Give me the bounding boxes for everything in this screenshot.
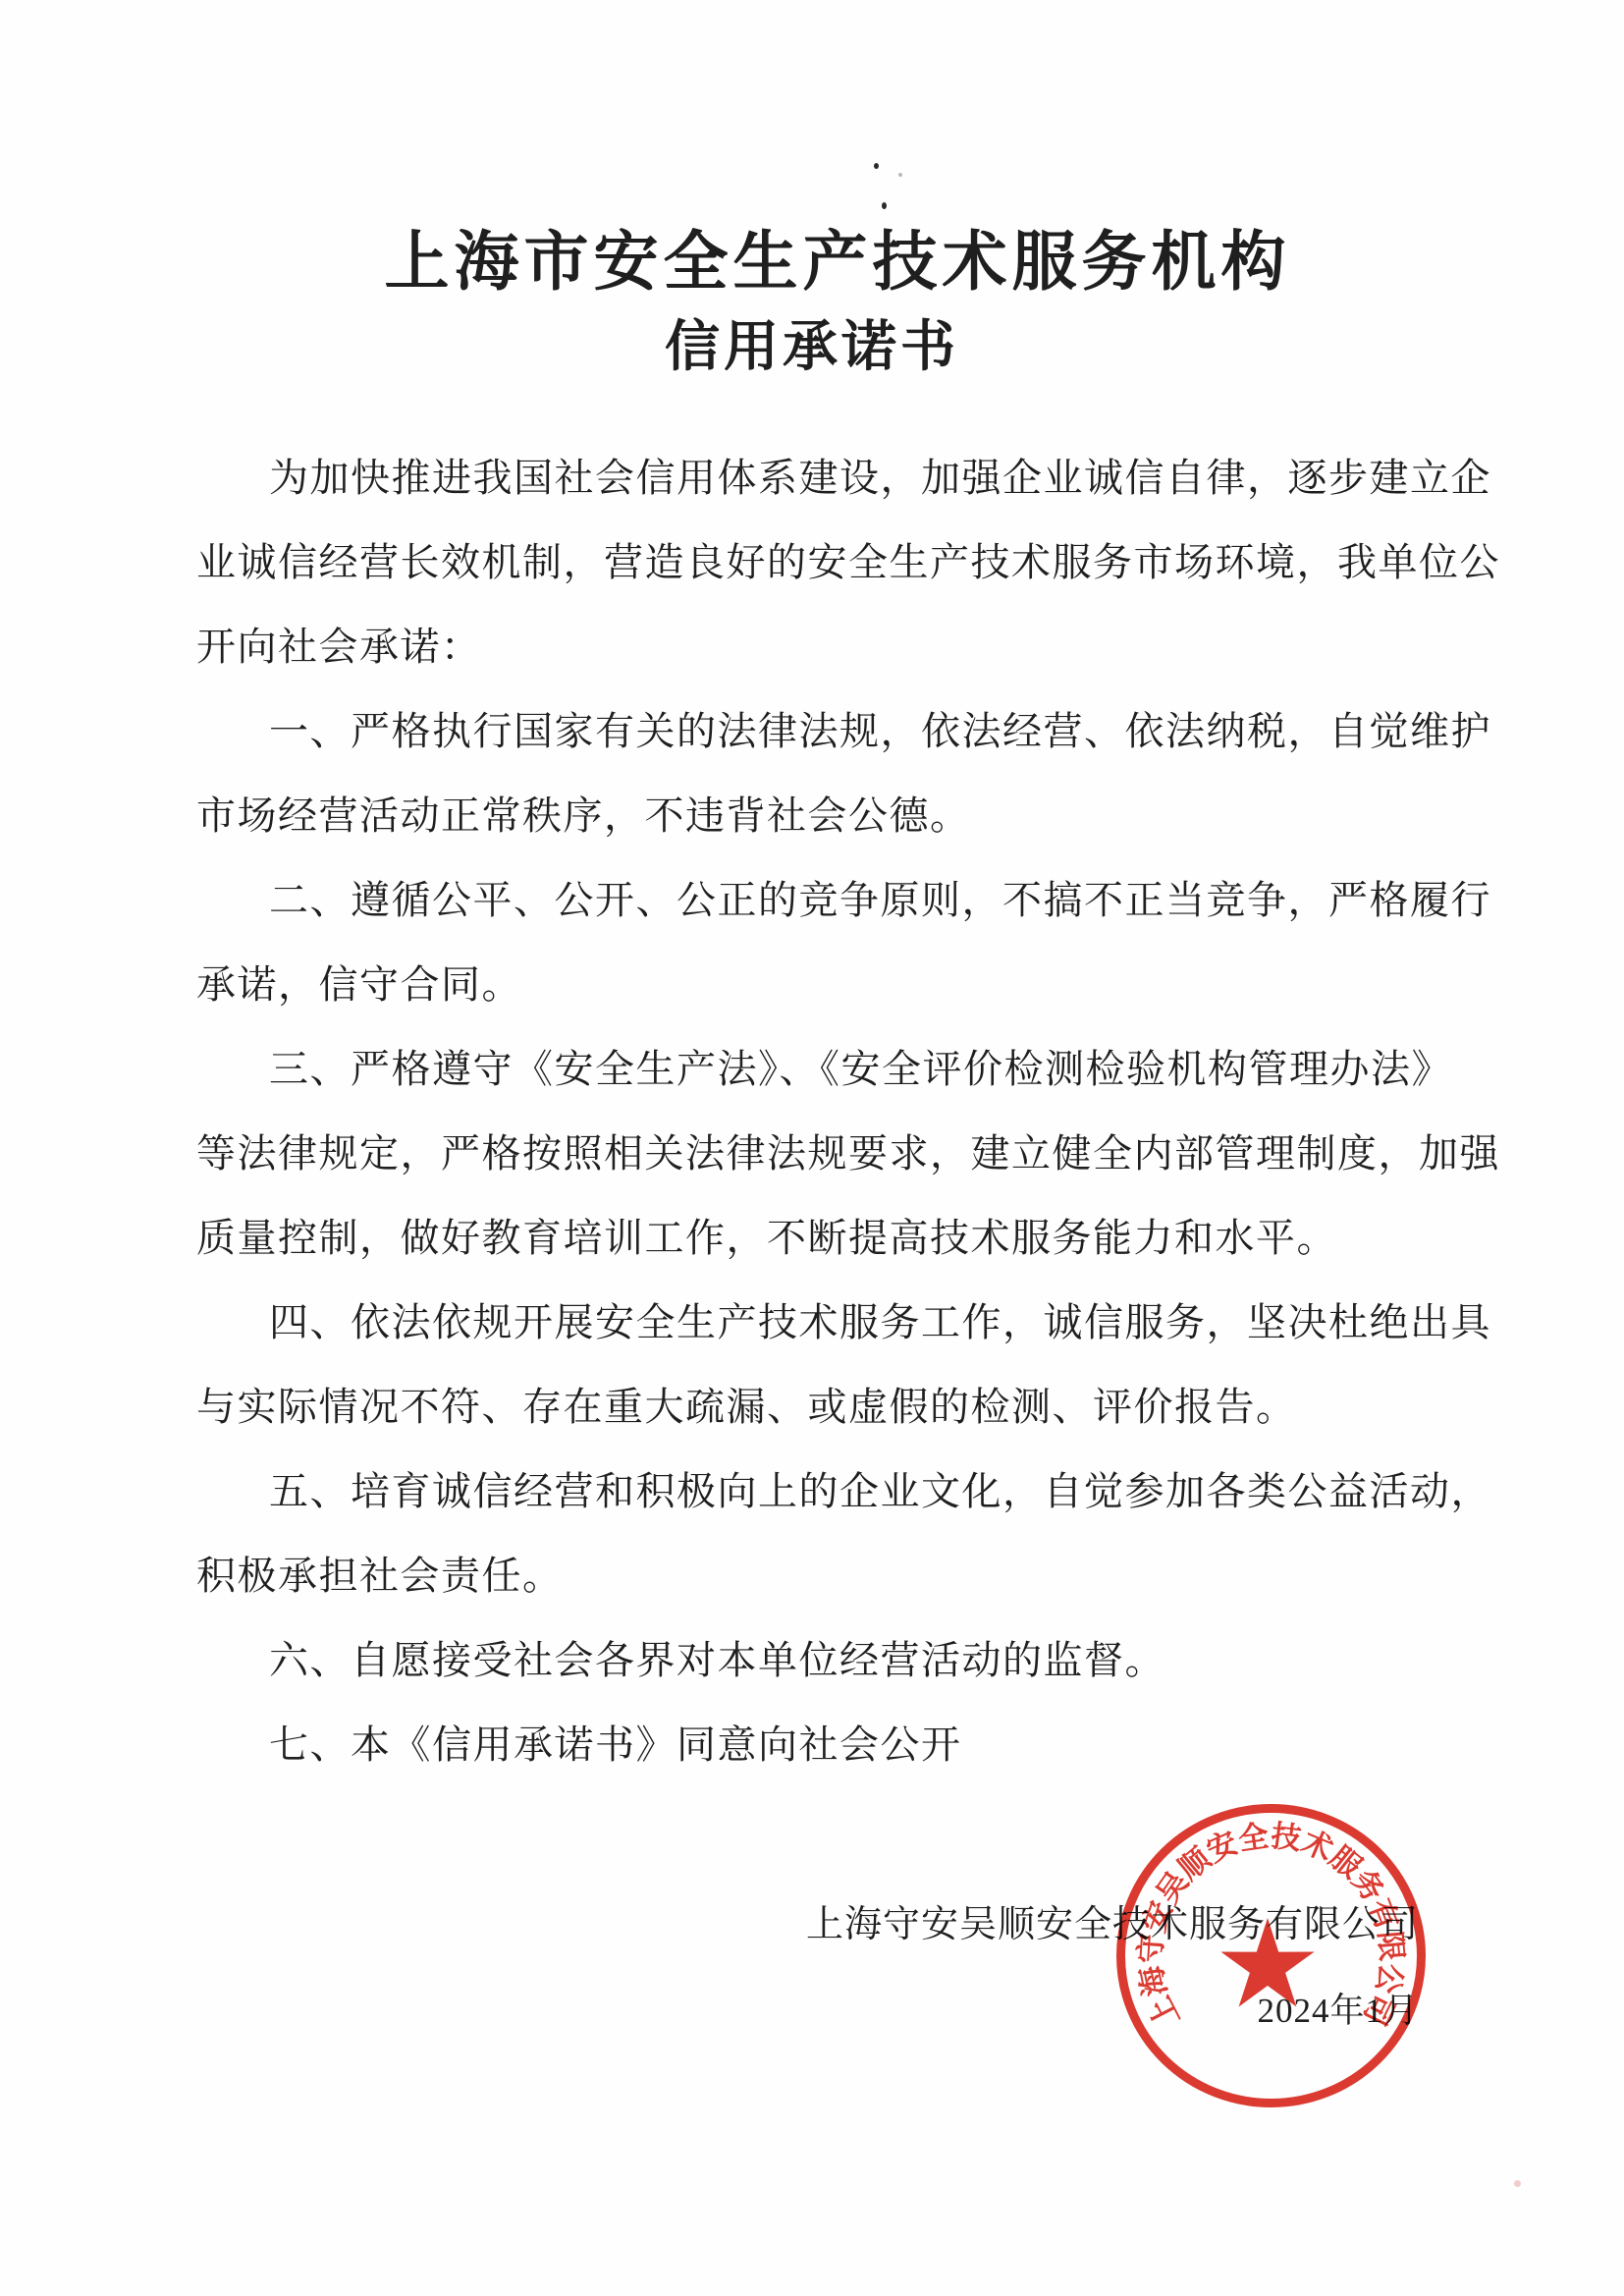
body-line: 市场经营活动正常秩序，不违背社会公德。 — [196, 774, 1502, 858]
body-line: 业诚信经营长效机制，营造良好的安全生产技术服务市场环境，我单位公 — [196, 520, 1502, 605]
scan-speck — [882, 202, 887, 209]
body-line: 与实际情况不符、存在重大疏漏、或虚假的检测、评价报告。 — [196, 1365, 1502, 1449]
body-line: 为加快推进我国社会信用体系建设，加强企业诚信自律，逐步建立企 — [196, 436, 1502, 520]
scan-speck — [874, 163, 879, 169]
seal-rim-text: 上海守安吴顺安全技术服务有限公司 — [1133, 1819, 1409, 2034]
body-line: 六、自愿接受社会各界对本单位经营活动的监督。 — [196, 1618, 1502, 1703]
document-title-line2: 信用承诺书 — [0, 310, 1624, 385]
document-title-line1: 上海市安全生产技术服务机构 — [26, 224, 1624, 302]
body-line: 开向社会承诺： — [196, 605, 1502, 689]
body-line: 七、本《信用承诺书》同意向社会公开 — [196, 1703, 1502, 1787]
body-line: 质量控制，做好教育培训工作，不断提高技术服务能力和水平。 — [196, 1196, 1502, 1281]
seal-star-icon — [1220, 1918, 1314, 2007]
body-line: 一、严格执行国家有关的法律法规，依法经营、依法纳税，自觉维护 — [196, 689, 1502, 774]
body-line: 承诺，信守合同。 — [196, 943, 1502, 1027]
body-line: 四、依法依规开展安全生产技术服务工作，诚信服务，坚决杜绝出具 — [196, 1281, 1502, 1365]
scan-speck — [898, 173, 902, 177]
document-body: 为加快推进我国社会信用体系建设，加强企业诚信自律，逐步建立企业诚信经营长效机制，… — [196, 436, 1502, 1787]
body-line: 五、培育诚信经营和积极向上的企业文化，自觉参加各类公益活动， — [196, 1449, 1502, 1534]
body-line: 积极承担社会责任。 — [196, 1534, 1502, 1618]
body-line: 三、严格遵守《安全生产法》、《安全评价检测检验机构管理办法》 — [196, 1027, 1502, 1112]
company-seal: 上海守安吴顺安全技术服务有限公司 — [1113, 1802, 1429, 2109]
body-line: 二、遵循公平、公开、公正的竞争原则，不搞不正当竞争，严格履行 — [196, 858, 1502, 943]
svg-text:上海守安吴顺安全技术服务有限公司: 上海守安吴顺安全技术服务有限公司 — [1133, 1819, 1409, 2034]
body-line: 等法律规定，严格按照相关法律法规要求，建立健全内部管理制度，加强 — [196, 1112, 1502, 1196]
document-page: 上海市安全生产技术服务机构 信用承诺书 为加快推进我国社会信用体系建设，加强企业… — [0, 0, 1624, 2296]
ink-speck — [1514, 2180, 1521, 2187]
